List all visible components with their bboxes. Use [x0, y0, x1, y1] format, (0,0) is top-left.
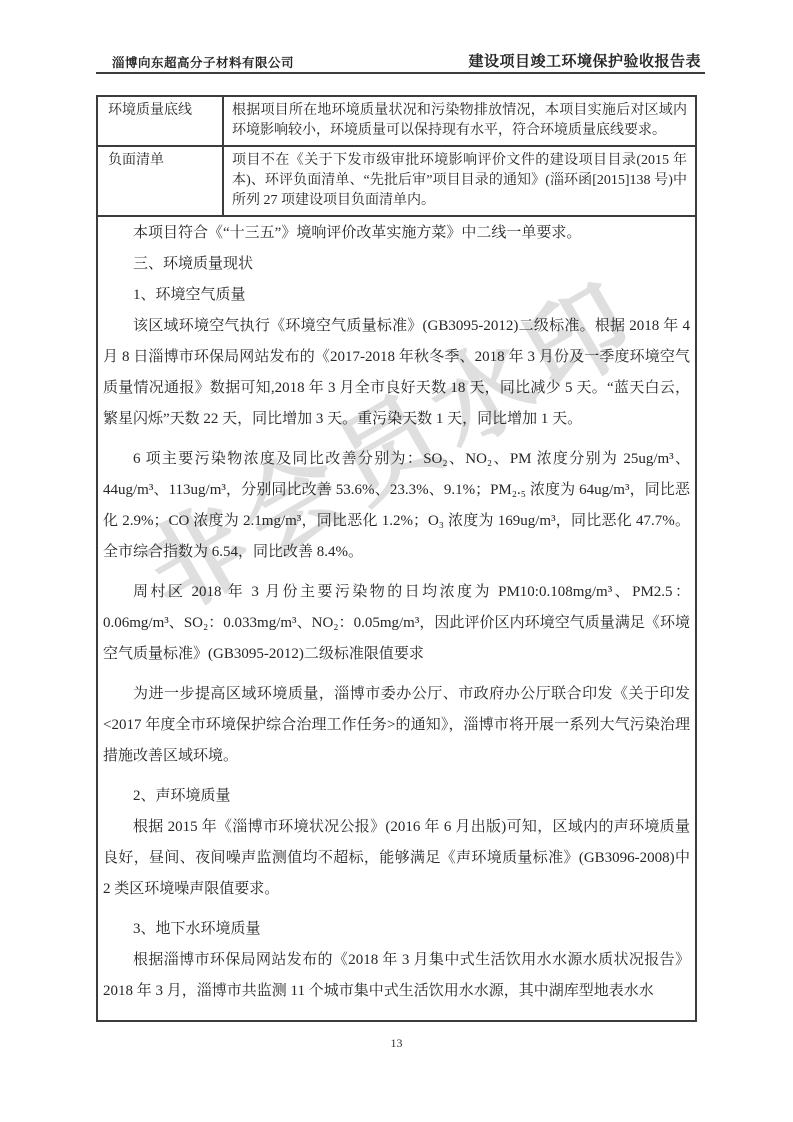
paragraph: 周村区 2018 年 3 月份主要污染物的日均浓度为 PM10:0.108mg/…	[103, 577, 690, 670]
section-heading: 2、声环境质量	[103, 781, 690, 812]
section-heading: 1、环境空气质量	[103, 280, 690, 311]
section-heading: 三、环境质量现状	[103, 249, 690, 280]
company-name: 淄博向东超高分子材料有限公司	[96, 53, 294, 71]
page-number: 13	[0, 1036, 793, 1051]
row-label: 负面清单	[98, 147, 224, 215]
paragraph: 该区域环境空气执行《环境空气质量标准》(GB3095-2012)二级标准。根据 …	[103, 311, 690, 435]
content-frame: 环境质量底线 根据项目所在地环境质量状况和污染物排放情况，本项目实施后对区域内环…	[96, 95, 697, 1022]
table-row: 环境质量底线 根据项目所在地环境质量状况和污染物排放情况，本项目实施后对区域内环…	[98, 97, 695, 147]
report-page: 淄博向东超高分子材料有限公司 建设项目竣工环境保护验收报告表 非会员水印 环境质…	[0, 0, 793, 1122]
row-content: 项目不在《关于下发市级审批环境影响评价文件的建设项目目录(2015 年本)、环评…	[224, 147, 695, 215]
paragraph: 6 项主要污染物浓度及同比改善分别为：SO₂、NO₂、PM 浓度分别为 25ug…	[103, 444, 690, 568]
header-rule	[96, 72, 705, 74]
paragraph: 为进一步提高区域环境质量，淄博市委办公厅、市政府办公厅联合印发《关于印发<201…	[103, 679, 690, 772]
paragraph: 本项目符合《“十三五”》境响评价改革实施方菜》中二线一单要求。	[103, 218, 690, 249]
section-heading: 3、地下水环境质量	[103, 914, 690, 945]
document-body: 本项目符合《“十三五”》境响评价改革实施方菜》中二线一单要求。 三、环境质量现状…	[98, 217, 695, 1007]
table-row: 负面清单 项目不在《关于下发市级审批环境影响评价文件的建设项目目录(2015 年…	[98, 147, 695, 217]
report-title: 建设项目竣工环境保护验收报告表	[468, 50, 701, 71]
paragraph: 根据 2015 年《淄博市环境状况公报》(2016 年 6 月出版)可知，区域内…	[103, 812, 690, 905]
page-header: 淄博向东超高分子材料有限公司 建设项目竣工环境保护验收报告表	[96, 50, 701, 71]
row-content: 根据项目所在地环境质量状况和污染物排放情况，本项目实施后对区域内环境影响较小，环…	[224, 97, 695, 145]
row-label: 环境质量底线	[98, 97, 224, 145]
paragraph: 根据淄博市环保局网站发布的《2018 年 3 月集中式生活饮用水水源水质状况报告…	[103, 945, 690, 1007]
